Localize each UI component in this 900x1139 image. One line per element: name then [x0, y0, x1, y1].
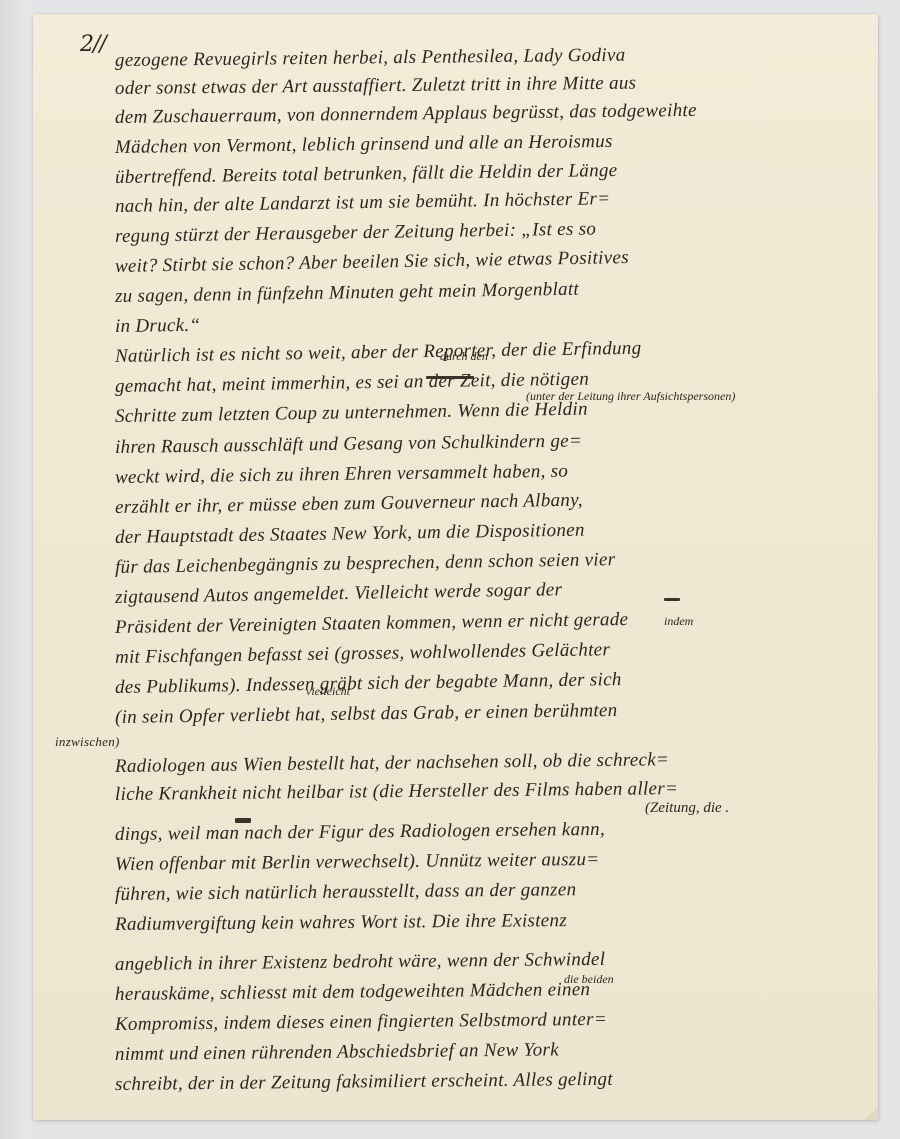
margin-insertion: inzwischen)	[55, 734, 120, 750]
annotation-die-beiden: die beiden	[564, 972, 614, 987]
text-line: Wien offenbar mit Berlin verwechselt). U…	[115, 849, 600, 876]
text-line: Kompromiss, indem dieses einen fingierte…	[115, 1009, 607, 1036]
text-line: dem Zuschauerraum, von donnerndem Applau…	[115, 100, 697, 129]
text-line: zu sagen, denn in fünfzehn Minuten geht …	[115, 279, 579, 308]
text-line: Natürlich ist es nicht so weit, aber der…	[115, 338, 642, 368]
text-line: herauskäme, schliesst mit dem todgeweiht…	[115, 979, 591, 1006]
text-line: Schritte zum letzten Coup zu unternehmen…	[115, 399, 588, 428]
manuscript-page: 2// gezogene Revuegirls reiten herbei, a…	[33, 14, 878, 1120]
text-line: dings, weil man nach der Figur des Radio…	[115, 819, 605, 846]
text-line: gemacht hat, meint immerhin, es sei an d…	[115, 369, 589, 398]
text-line: des Publikums). Indessen gräbt sich der …	[115, 669, 622, 699]
text-line: (in sein Opfer verliebt hat, selbst das …	[115, 700, 618, 729]
text-line: mit Fischfangen befasst sei (grosses, wo…	[115, 639, 610, 669]
strikethrough-mark	[664, 598, 680, 601]
annotation-unter-der-leitung: (unter der Leitung ihrer Aufsichtsperson…	[526, 389, 735, 404]
text-line: regung stürzt der Herausgeber der Zeitun…	[115, 218, 596, 248]
text-line: der Hauptstadt des Staates New York, um …	[115, 520, 585, 549]
annotation-vielleicht: vielleicht	[306, 684, 350, 699]
text-line: nimmt und einen rührenden Abschiedsbrief…	[115, 1039, 559, 1066]
text-line: oder sonst etwas der Art ausstaffiert. Z…	[115, 73, 637, 100]
text-line: schreibt, der in der Zeitung faksimilier…	[115, 1069, 613, 1096]
scribble-mark	[235, 818, 251, 823]
text-line: weckt wird, die sich zu ihren Ehren vers…	[115, 461, 568, 489]
text-line: angeblich in ihrer Existenz bedroht wäre…	[115, 949, 606, 976]
text-line: übertreffend. Bereits total betrunken, f…	[115, 160, 618, 189]
text-line: ihren Rausch ausschläft und Gesang von S…	[115, 430, 582, 459]
text-line: Radiologen aus Wien bestellt hat, der na…	[115, 749, 669, 778]
page-number: 2//	[80, 32, 106, 57]
text-line: zigtausend Autos angemeldet. Vielleicht …	[115, 579, 563, 609]
text-line: erzählt er ihr, er müsse eben zum Gouver…	[115, 490, 583, 519]
text-line: Radiumvergiftung kein wahres Wort ist. D…	[115, 910, 567, 936]
annotation-zeitung-die: (Zeitung, die .	[645, 800, 729, 817]
text-line: nach hin, der alte Landarzt ist um sie b…	[115, 188, 611, 218]
text-line: für das Leichenbegängnis zu besprechen, …	[115, 549, 616, 579]
annotation-durch-den: durch den	[440, 349, 488, 364]
text-line: liche Krankheit nicht heilbar ist (die H…	[115, 778, 678, 806]
text-line: Mädchen von Vermont, leblich grinsend un…	[115, 131, 613, 159]
strikethrough-mark	[426, 376, 474, 379]
text-line: weit? Stirbt sie schon? Aber beeilen Sie…	[115, 247, 629, 278]
text-line: gezogene Revuegirls reiten herbei, als P…	[115, 45, 626, 72]
text-line: in Druck.“	[115, 315, 201, 338]
scanner-background	[0, 0, 30, 1139]
text-line: Präsident der Vereinigten Staaten kommen…	[115, 609, 629, 639]
annotation-indem: indem	[664, 614, 693, 629]
text-line: führen, wie sich natürlich herausstellt,…	[115, 879, 577, 906]
